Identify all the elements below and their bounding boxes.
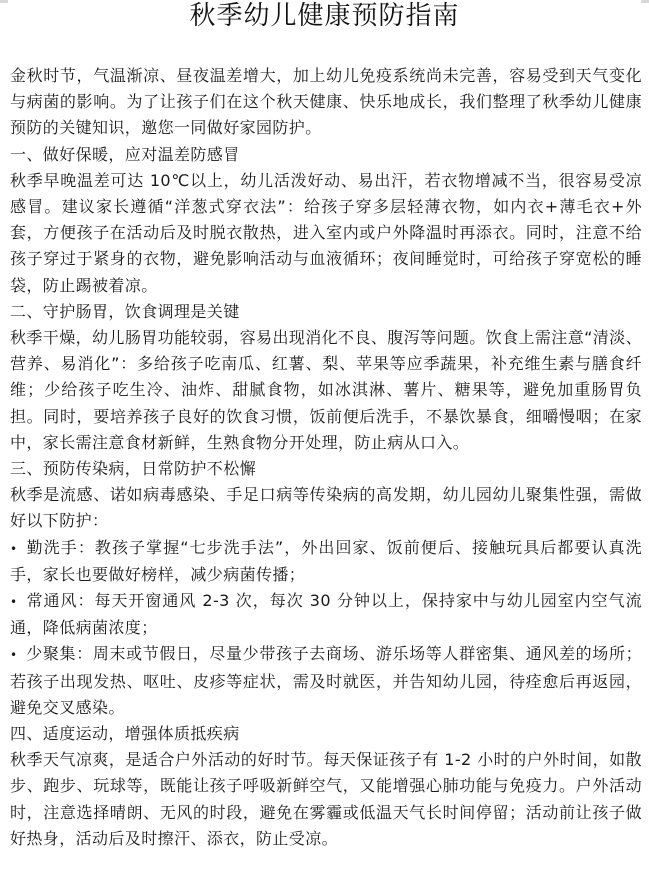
section-body-3: 秋季是流感、诺如病毒感染、手足口病等传染病的高发期，幼儿园幼儿聚集性强，需做好以… [10,482,642,534]
section-heading-3: 三、预防传染病，日常防护不松懈 [10,456,642,482]
section-body-4: 秋季天气凉爽，是适合户外活动的好时节。每天保证孩子有 1-2 小时的户外时间，如… [10,747,642,852]
document-title: 秋季幼儿健康预防指南 [0,0,649,32]
bullet-item-handwashing: 勤洗手：教孩子掌握“七步洗手法”，外出回家、饭前便后、接触玩具后都要认真洗手，家… [10,535,642,588]
document-body: 金秋时节，气温渐凉、昼夜温差增大，加上幼儿免疫系统尚未完善，容易受到天气变化与病… [10,63,642,852]
section-body-1: 秋季早晚温差可达 10℃以上，幼儿活泼好动、易出汗，若衣物增减不当，很容易受凉感… [10,168,642,299]
section-heading-2: 二、守护肠胃，饮食调理是关键 [10,299,642,325]
section-heading-4: 四、适度运动，增强体质抵疾病 [10,721,642,747]
section-heading-1: 一、做好保暖，应对温差防感冒 [10,142,642,168]
intro-paragraph: 金秋时节，气温渐凉、昼夜温差增大，加上幼儿免疫系统尚未完善，容易受到天气变化与病… [10,63,642,142]
bullet-item-ventilation: 常通风：每天开窗通风 2-3 次，每次 30 分钟以上，保持家中与幼儿园室内空气… [10,588,642,641]
section-body-2: 秋季干燥，幼儿肠胃功能较弱，容易出现消化不良、腹泻等问题。饮食上需注意“清淡、营… [10,325,642,456]
bullet-item-avoid-crowds: 少聚集：周末或节假日，尽量少带孩子去商场、游乐场等人群密集、通风差的场所；若孩子… [10,641,642,721]
